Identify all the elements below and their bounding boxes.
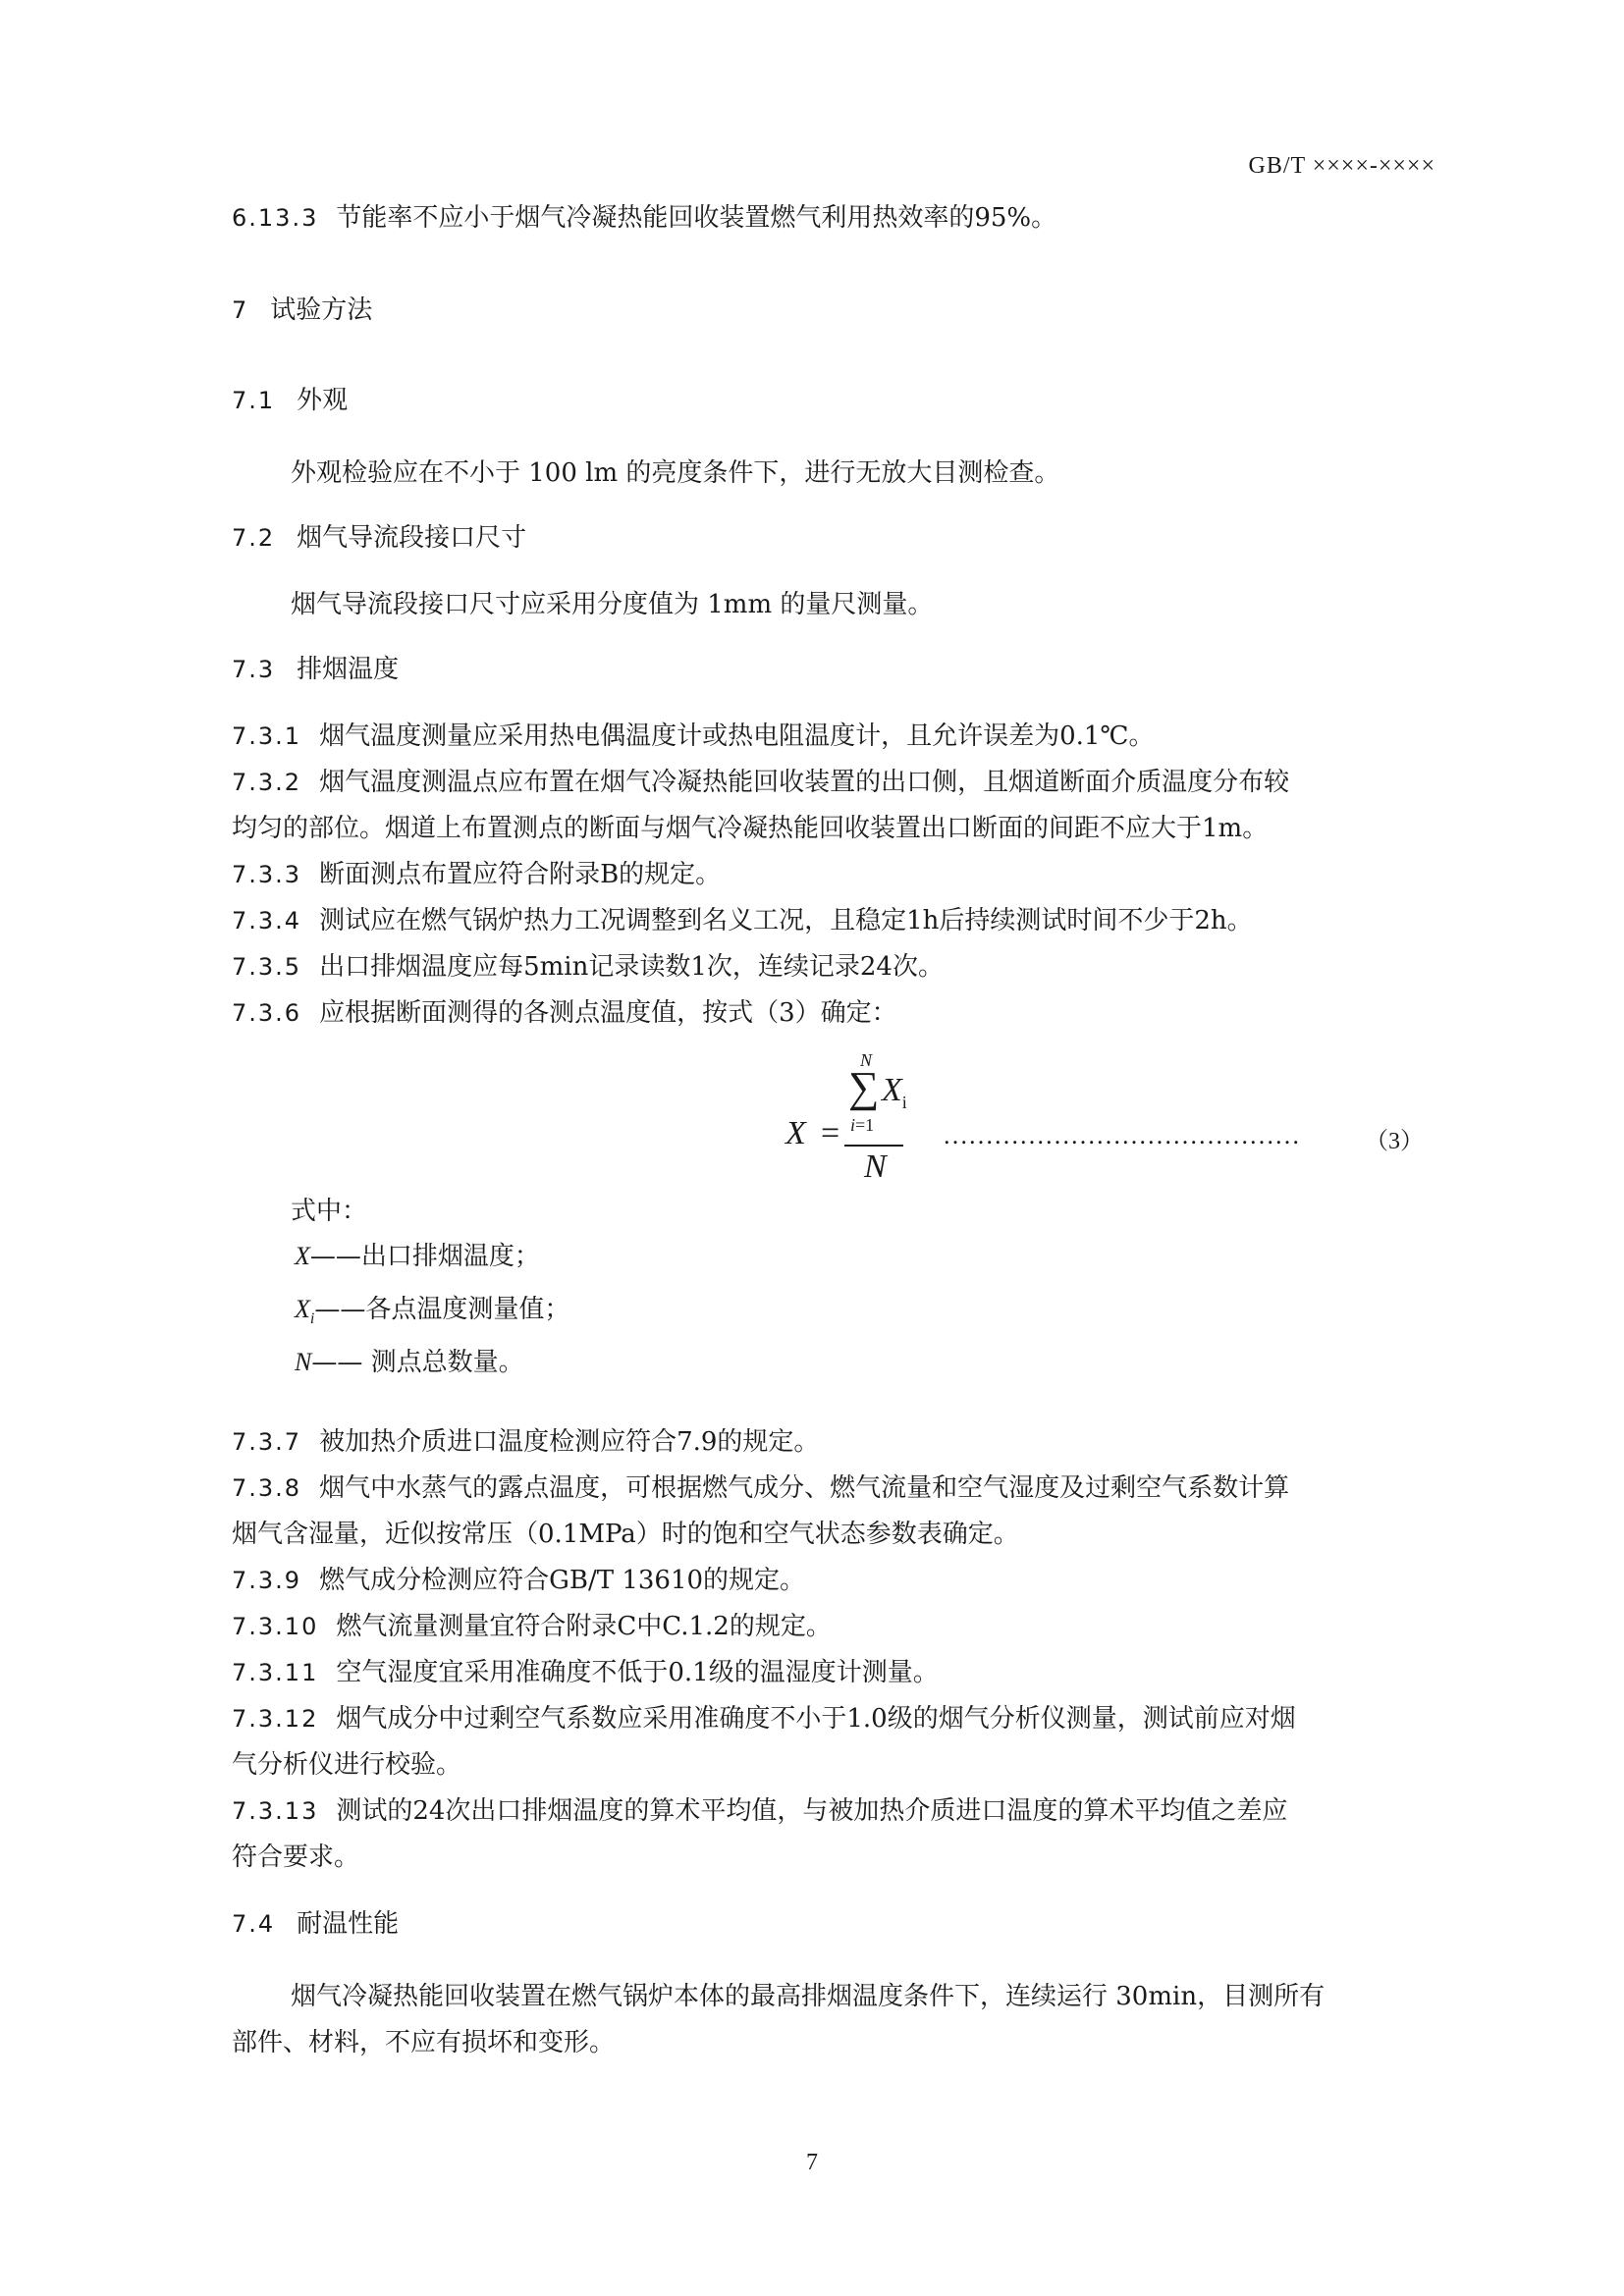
clause-number: 7.3.5: [232, 953, 301, 981]
variable-definition: Xi——各点温度测量值；: [295, 1292, 569, 1337]
clause-number: 7.3.2: [232, 769, 301, 796]
paragraph-text: 符合要求。: [232, 1842, 359, 1872]
sum-term: Xi: [882, 1072, 907, 1113]
variable-symbol: X: [295, 1242, 310, 1270]
paragraph-line: 7.3.9燃气成分检测应符合GB/T 13610的规定。: [232, 1563, 805, 1598]
paragraph-line: 外观检验应在不小于 100 lm 的亮度条件下，进行无放大目测检查。: [291, 455, 1059, 491]
paragraph-line: 7.3.5出口排烟温度应每5min记录读数1次，连续记录24次。: [232, 949, 944, 985]
clause-number: 7.2: [232, 524, 275, 552]
paragraph-text: 烟气导流段接口尺寸应采用分度值为 1mm 的量尺测量。: [291, 590, 933, 619]
paragraph-line: 部件、材料，不应有损坏和变形。: [232, 2025, 615, 2060]
clause-number: 7.3.7: [232, 1428, 301, 1456]
paragraph-text: 被加热介质进口温度检测应符合7.9的规定。: [319, 1427, 819, 1457]
clause-number: 7.4: [232, 1910, 275, 1938]
section-heading: 7.3排烟温度: [232, 652, 399, 687]
standard-code-header: GB/T ××××-××××: [1248, 153, 1435, 180]
paragraph-line: 7.3.11空气湿度宜采用准确度不低于0.1级的温湿度计测量。: [232, 1655, 939, 1690]
variable-symbol: N: [295, 1348, 311, 1376]
paragraph-line: 7.3.6应根据断面测得的各测点温度值，按式（3）确定：: [232, 995, 897, 1031]
paragraph-line: 烟气冷凝热能回收装置在燃气锅炉本体的最高排烟温度条件下，连续运行 30min，目…: [291, 1979, 1325, 2014]
sigma-symbol: ∑: [848, 1062, 879, 1112]
heading-text: 试验方法: [270, 295, 372, 325]
paragraph-line: 烟气导流段接口尺寸应采用分度值为 1mm 的量尺测量。: [291, 587, 933, 622]
clause-number: 7.3.8: [232, 1474, 301, 1502]
paragraph-text: 烟气含湿量，近似按常压（0.1MPa）时的饱和空气状态参数表确定。: [232, 1520, 1019, 1549]
sum-lower-limit: i=1: [850, 1115, 874, 1136]
paragraph-line: 7.3.13测试的24次出口排烟温度的算术平均值，与被加热介质进口温度的算术平均…: [232, 1793, 1287, 1829]
heading-text: 外观: [297, 386, 348, 415]
clause-number: 7.3: [232, 656, 275, 683]
paragraph-text: 应根据断面测得的各测点温度值，按式（3）确定：: [319, 998, 897, 1028]
paragraph-text: 烟气温度测温点应布置在烟气冷凝热能回收装置的出口侧，且烟道断面介质温度分布较: [319, 768, 1289, 797]
clause-number: 7.3.12: [232, 1705, 318, 1733]
clause-number: 7.3.3: [232, 861, 301, 888]
section-heading: 7.1外观: [232, 383, 348, 418]
variable-symbol: X: [295, 1295, 310, 1323]
clause-number: 7.3.13: [232, 1797, 318, 1825]
paragraph-text: 外观检验应在不小于 100 lm 的亮度条件下，进行无放大目测检查。: [291, 458, 1059, 488]
formula-3: X = N ∑ i=1 Xi N …………………………………… （3）: [785, 1050, 1453, 1188]
formula-number: （3）: [1365, 1121, 1424, 1155]
paragraph-text: 燃气成分检测应符合GB/T 13610的规定。: [319, 1566, 805, 1595]
paragraph-line: 式中：: [291, 1194, 367, 1229]
variable-description: ——出口排烟温度；: [310, 1242, 540, 1271]
paragraph-line: 7.3.8烟气中水蒸气的露点温度，可根据燃气成分、燃气流量和空气湿度及过剩空气系…: [232, 1470, 1289, 1506]
paragraph-line: 7.3.7被加热介质进口温度检测应符合7.9的规定。: [232, 1424, 819, 1460]
paragraph-text: 部件、材料，不应有损坏和变形。: [232, 2028, 615, 2057]
paragraph-text: 烟气成分中过剩空气系数应采用准确度不小于1.0级的烟气分析仪测量，测试前应对烟: [336, 1704, 1295, 1734]
paragraph-text: 测试的24次出口排烟温度的算术平均值，与被加热介质进口温度的算术平均值之差应: [336, 1796, 1287, 1826]
leader-dots: ……………………………………: [943, 1121, 1300, 1150]
clause-number: 7.1: [232, 387, 275, 414]
paragraph-text: 出口排烟温度应每5min记录读数1次，连续记录24次。: [319, 952, 944, 982]
paragraph-line: 烟气含湿量，近似按常压（0.1MPa）时的饱和空气状态参数表确定。: [232, 1517, 1019, 1552]
paragraph-line: 7.3.3断面测点布置应符合附录B的规定。: [232, 857, 721, 892]
paragraph-line: 7.3.2烟气温度测温点应布置在烟气冷凝热能回收装置的出口侧，且烟道断面介质温度…: [232, 765, 1289, 800]
clause-number: 7.3.4: [232, 907, 301, 934]
paragraph-text: 烟气温度测量应采用热电偶温度计或热电阻温度计，且允许误差为0.1℃。: [319, 721, 1154, 751]
heading-text: 排烟温度: [297, 655, 399, 684]
variable-definition: X——出口排烟温度；: [295, 1239, 540, 1274]
paragraph-line: 均匀的部位。烟道上布置测点的断面与烟气冷凝热能回收装置出口断面的间距不应大于1m…: [232, 811, 1268, 846]
paragraph-text: 测试应在燃气锅炉热力工况调整到名义工况，且稳定1h后持续测试时间不少于2h。: [319, 906, 1253, 935]
heading-text: 耐温性能: [297, 1909, 399, 1939]
paragraph-line: 符合要求。: [232, 1840, 359, 1875]
paragraph-line: 6.13.3节能率不应小于烟气冷凝热能回收装置燃气利用热效率的95%。: [232, 200, 1056, 236]
clause-number: 7.3.10: [232, 1613, 318, 1640]
paragraph-text: 气分析仪进行校验。: [232, 1750, 461, 1780]
paragraph-text: 均匀的部位。烟道上布置测点的断面与烟气冷凝热能回收装置出口断面的间距不应大于1m…: [232, 814, 1268, 843]
section-heading: 7.2烟气导流段接口尺寸: [232, 520, 526, 556]
paragraph-text: 空气湿度宜采用准确度不低于0.1级的温湿度计测量。: [336, 1658, 938, 1687]
clause-number: 7: [232, 296, 248, 324]
heading-text: 烟气导流段接口尺寸: [297, 523, 526, 553]
section-heading: 7.4耐温性能: [232, 1906, 399, 1942]
variable-description: ——各点温度测量值；: [314, 1295, 569, 1324]
paragraph-line: 7.3.12烟气成分中过剩空气系数应采用准确度不小于1.0级的烟气分析仪测量，测…: [232, 1701, 1296, 1736]
section-heading: 7试验方法: [232, 293, 372, 328]
paragraph-line: 7.3.1烟气温度测量应采用热电偶温度计或热电阻温度计，且允许误差为0.1℃。: [232, 719, 1155, 754]
paragraph-line: 7.3.4测试应在燃气锅炉热力工况调整到名义工况，且稳定1h后持续测试时间不少于…: [232, 903, 1253, 938]
variable-definition: N—— 测点总数量。: [295, 1345, 524, 1380]
clause-number: 7.3.6: [232, 999, 301, 1027]
paragraph-text: 燃气流量测量宜符合附录C中C.1.2的规定。: [336, 1612, 831, 1641]
clause-number: 7.3.11: [232, 1659, 318, 1686]
paragraph-text: 断面测点布置应符合附录B的规定。: [319, 860, 721, 889]
clause-number: 6.13.3: [232, 204, 318, 232]
paragraph-text: 烟气中水蒸气的露点温度，可根据燃气成分、燃气流量和空气湿度及过剩空气系数计算: [319, 1473, 1289, 1503]
paragraph-text: 式中：: [291, 1197, 367, 1226]
clause-number: 7.3.9: [232, 1567, 301, 1594]
fraction-bar: [844, 1145, 903, 1147]
clause-number: 7.3.1: [232, 722, 301, 750]
paragraph-text: 烟气冷凝热能回收装置在燃气锅炉本体的最高排烟温度条件下，连续运行 30min，目…: [291, 1982, 1325, 2011]
formula-denominator: N: [864, 1148, 887, 1186]
formula-lhs: X: [785, 1115, 806, 1152]
paragraph-text: 节能率不应小于烟气冷凝热能回收装置燃气利用热效率的95%。: [336, 203, 1056, 233]
variable-description: —— 测点总数量。: [311, 1348, 523, 1377]
page-number: 7: [0, 2150, 1624, 2176]
paragraph-line: 气分析仪进行校验。: [232, 1747, 461, 1783]
paragraph-line: 7.3.10燃气流量测量宜符合附录C中C.1.2的规定。: [232, 1609, 832, 1644]
formula-equals: =: [821, 1115, 839, 1152]
